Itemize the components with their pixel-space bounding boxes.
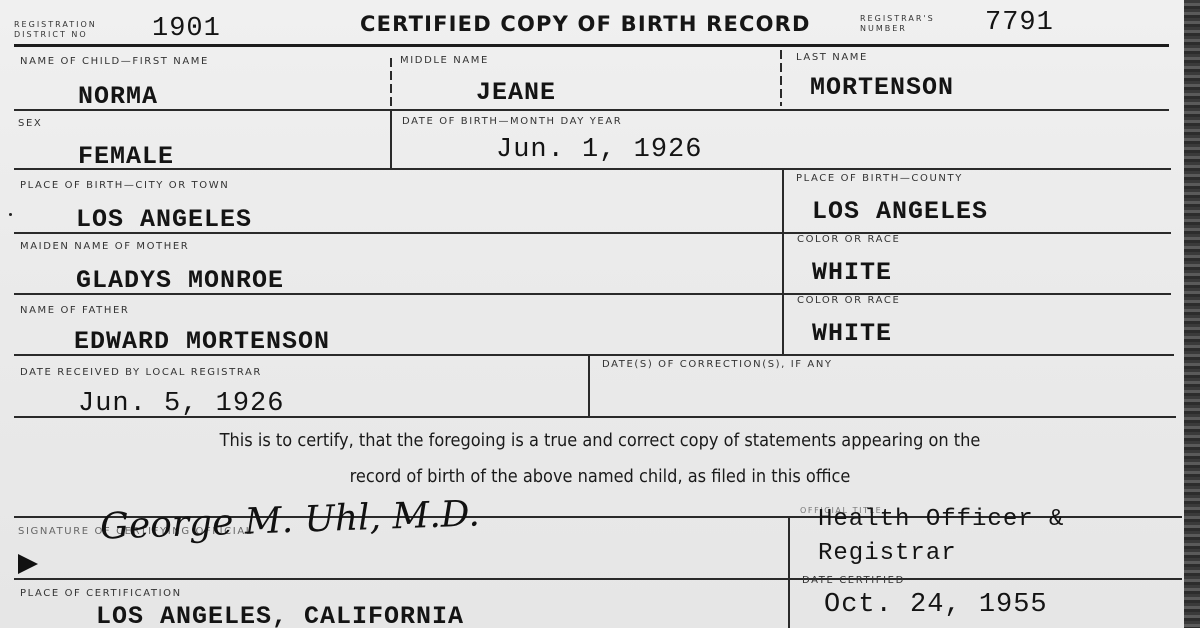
birth-county-value: LOS ANGELES <box>812 197 988 226</box>
registrars-number-label: Registrar's Number <box>860 14 935 34</box>
middle-name-label: Middle Name <box>400 55 489 66</box>
official-title-line1: Health Officer & <box>818 506 1064 533</box>
date-received-label: Date Received by Local Registrar <box>20 367 262 378</box>
rule <box>14 109 1169 111</box>
paper-edge-shadow <box>1184 0 1200 628</box>
birth-city-label: Place of Birth—City or Town <box>20 180 229 191</box>
registration-district-label: Registration District No <box>14 20 97 40</box>
first-name-value: NORMA <box>78 82 158 111</box>
corrections-label: Date(s) of Correction(s), If Any <box>602 359 833 370</box>
rule <box>14 578 1182 580</box>
place-of-certification-value: LOS ANGELES, CALIFORNIA <box>96 602 464 628</box>
sex-label: Sex <box>18 118 42 129</box>
date-received-value: Jun. 5, 1926 <box>78 389 284 419</box>
divider <box>390 58 392 110</box>
father-race-label: Color or Race <box>797 295 900 306</box>
date-certified-value: Oct. 24, 1955 <box>824 590 1048 620</box>
birth-county-label: Place of Birth—County <box>796 173 963 184</box>
rule <box>14 168 1171 170</box>
certification-statement-line1: This is to certify, that the foregoing i… <box>40 430 1160 451</box>
mother-maiden-name-label: Maiden Name of Mother <box>20 241 189 252</box>
signature-value: George M. Uhl, M.D. <box>99 493 480 547</box>
date-of-birth-label: Date of Birth—Month Day Year <box>402 116 622 127</box>
official-title-line2: Registrar <box>818 540 957 567</box>
last-name-label: Last Name <box>796 52 868 63</box>
rule <box>14 44 1169 47</box>
label-line: District No <box>14 30 97 40</box>
father-name-label: Name of Father <box>20 305 129 316</box>
birth-certificate: Registration District No 1901 CERTIFIED … <box>0 0 1186 628</box>
date-certified-label: Date Certified <box>802 575 905 586</box>
document-title: CERTIFIED COPY OF BIRTH RECORD <box>360 12 811 36</box>
label-line: Registration <box>14 20 97 30</box>
first-name-label: Name of Child—First Name <box>20 56 209 67</box>
mother-race-label: Color or Race <box>797 234 900 245</box>
divider <box>588 354 590 417</box>
arrow-marker-icon <box>18 554 38 574</box>
label-line: Number <box>860 24 935 34</box>
divider <box>780 50 782 106</box>
registrars-number-value: 7791 <box>985 8 1054 38</box>
divider <box>788 516 790 628</box>
father-race-value: WHITE <box>812 319 892 348</box>
certification-statement-line2: record of birth of the above named child… <box>40 466 1160 487</box>
middle-name-value: JEANE <box>476 78 556 107</box>
divider <box>782 168 784 355</box>
father-name-value: EDWARD MORTENSON <box>74 327 330 356</box>
punch-mark <box>9 213 12 216</box>
date-of-birth-value: Jun. 1, 1926 <box>496 135 702 165</box>
mother-maiden-name-value: GLADYS MONROE <box>76 266 284 295</box>
registration-district-value: 1901 <box>152 14 221 44</box>
label-line: Registrar's <box>860 14 935 24</box>
last-name-value: MORTENSON <box>810 73 954 102</box>
divider <box>390 110 392 170</box>
birth-city-value: LOS ANGELES <box>76 205 252 234</box>
place-of-certification-label: Place of Certification <box>20 588 182 599</box>
sex-value: FEMALE <box>78 142 174 171</box>
mother-race-value: WHITE <box>812 258 892 287</box>
